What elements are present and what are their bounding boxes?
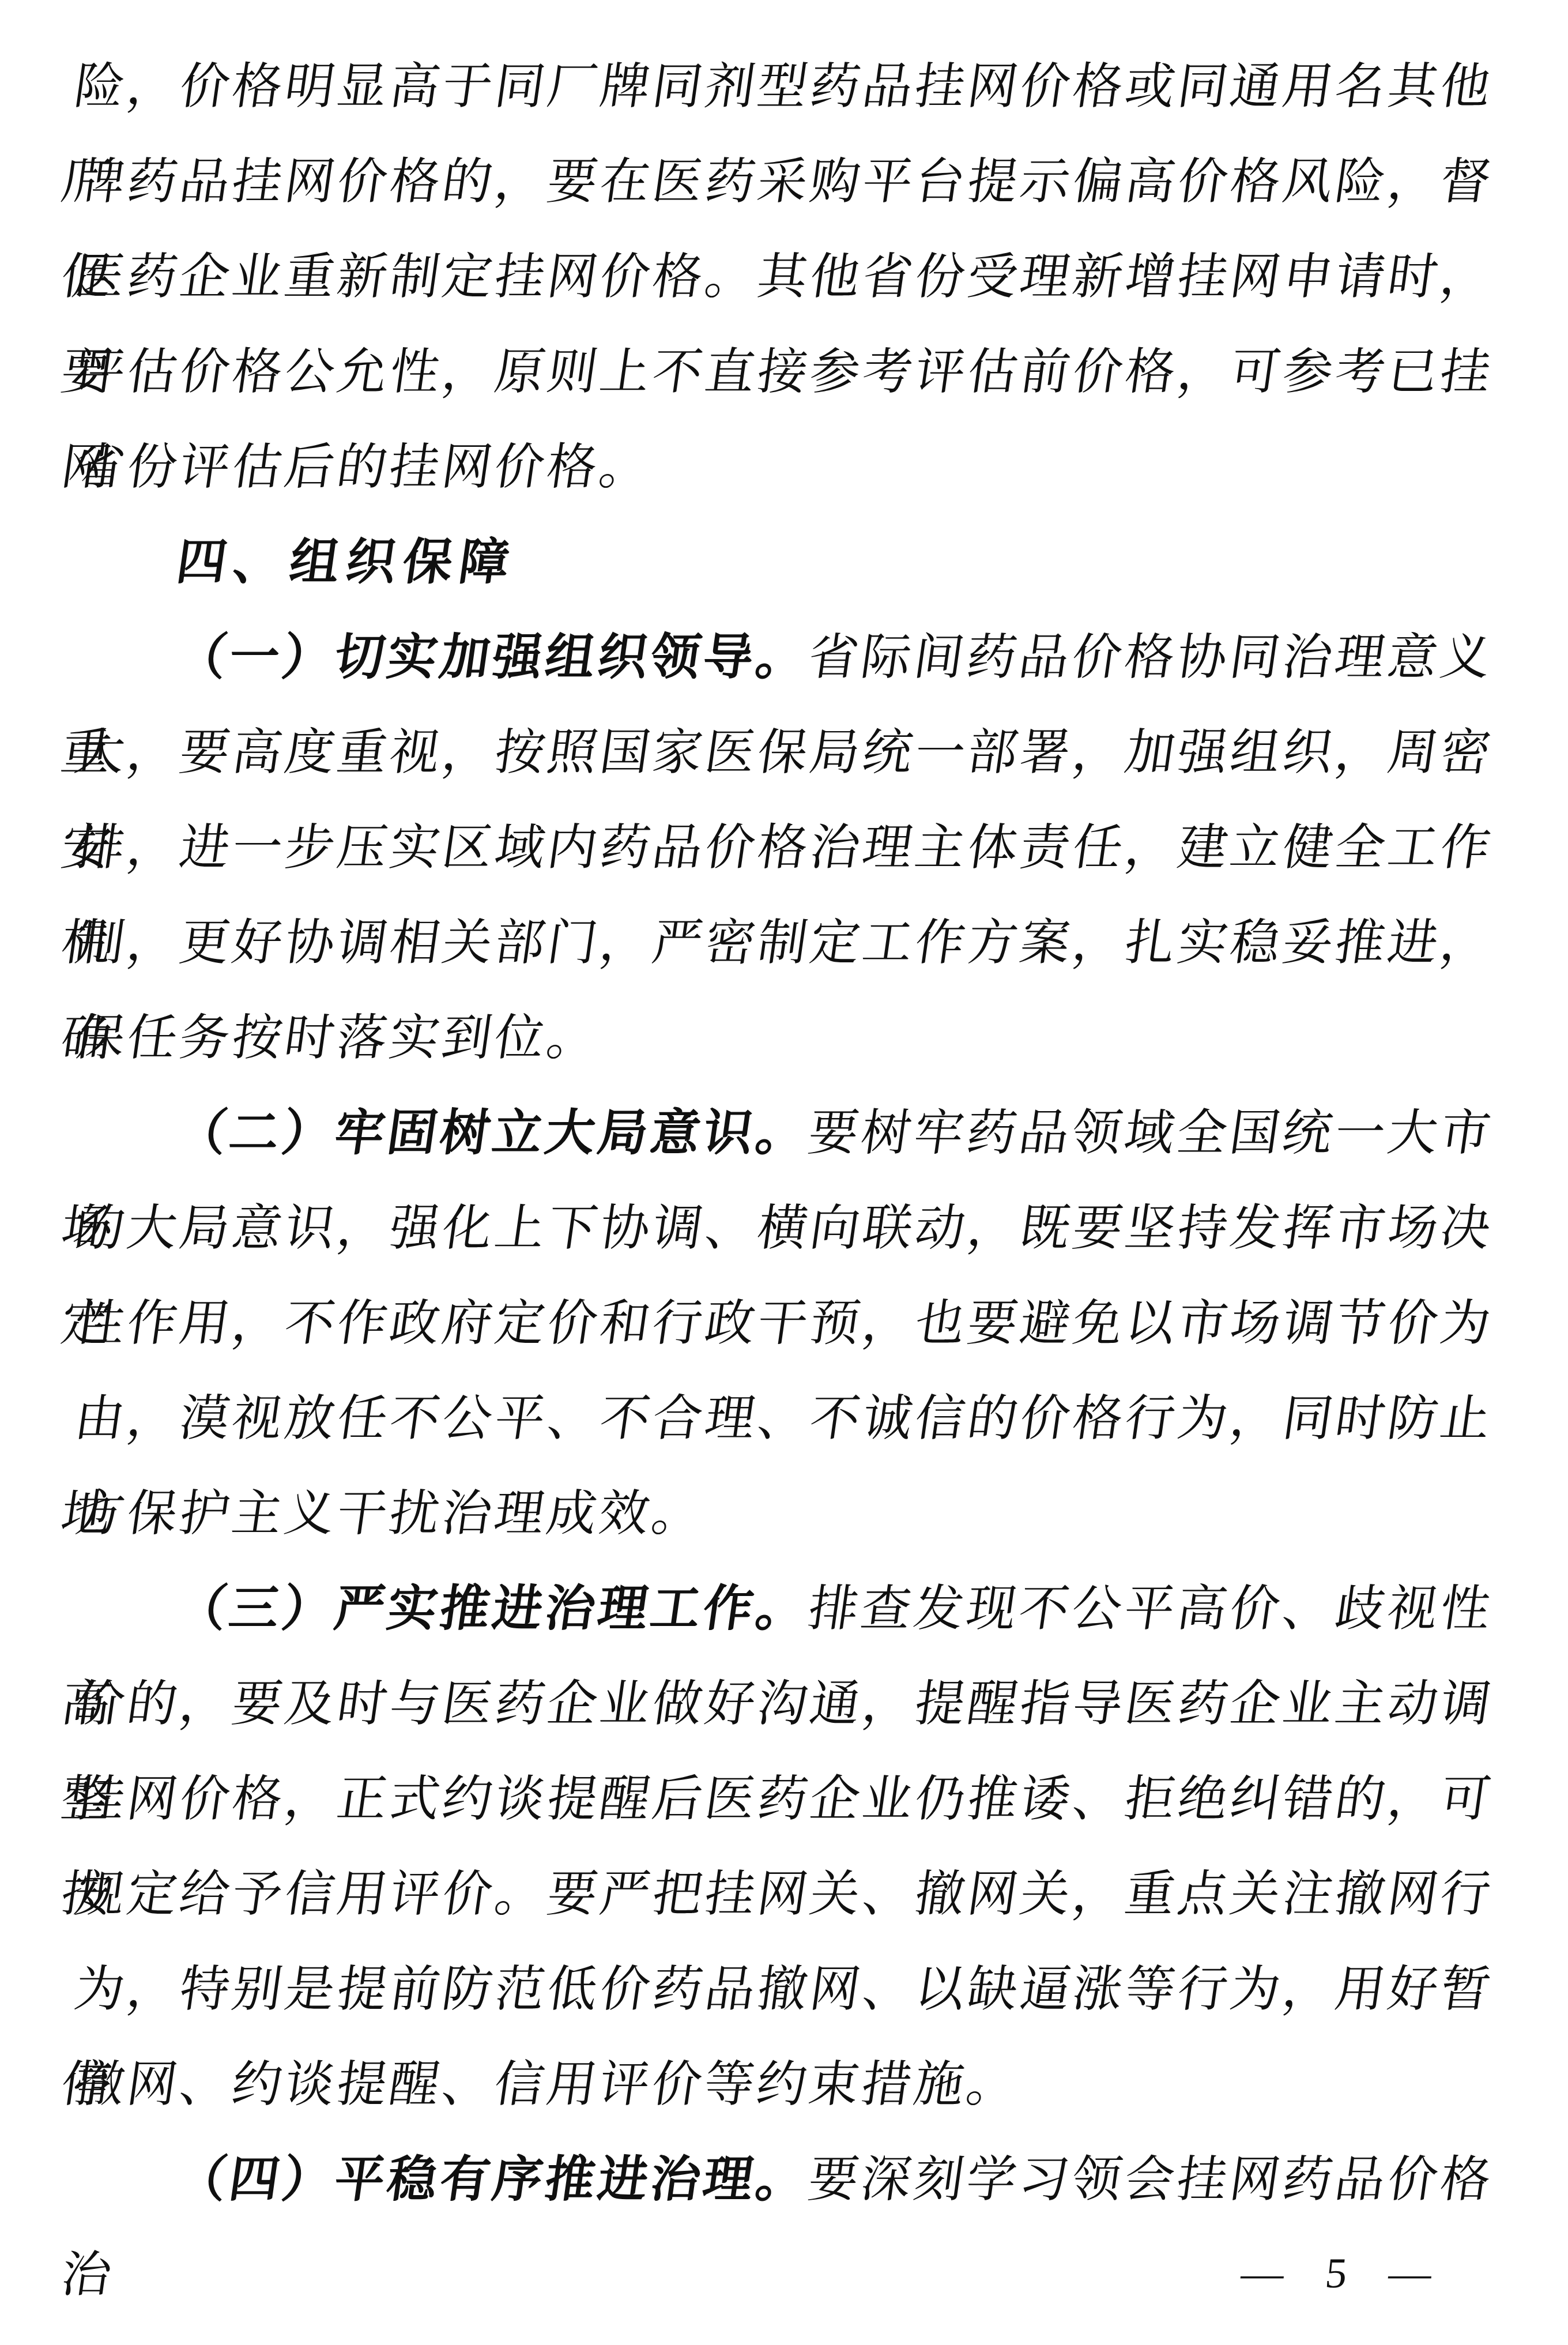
paragraph-lead: （四）平稳有序推进治理。 [173,2152,812,2207]
text-line: 价的，要及时与医药企业做好沟通，提醒指导医药企业主动调整 [68,1657,1499,1752]
text-run: 性作用，不作政府定价和行政干预，也要避免以市场调节价为 [71,1296,1497,1351]
paragraph-lead: （二）牢固树立大局意识。 [173,1105,812,1161]
text-line: 牌药品挂网价格的，要在医药采购平台提示偏高价格风险，督促 [68,134,1499,229]
text-line: 由，漠视放任不公平、不合理、不诚信的价格行为，同时防止地 [68,1371,1499,1466]
page-number: — 5 — [1238,2248,1442,2299]
text-line: 挂网价格，正式约谈提醒后医药企业仍推诿、拒绝纠错的，可按 [68,1752,1499,1847]
paragraph-lead: 四、组织保障 [173,535,519,590]
text-run: 撤网、约谈提醒、信用评价等约束措施。 [71,2057,1023,2112]
text-run: 省份评估后的挂网价格。 [71,439,655,495]
document-page: 险，价格明显高于同厂牌同剂型药品挂网价格或同通用名其他厂牌药品挂网价格的，要在医… [0,0,1568,2345]
section-heading: 四、组织保障 [68,515,1499,610]
text-line: 方保护主义干扰治理成效。 [68,1466,1499,1561]
text-run: 规定给予信用评价。要严把挂网关、撤网关，重点关注撤网行 [71,1866,1497,1922]
text-line: 制，更好协调相关部门，严密制定工作方案，扎实稳妥推进，确 [68,895,1499,991]
text-line: 排，进一步压实区域内药品价格治理主体责任，建立健全工作机 [68,800,1499,895]
text-line: 的大局意识，强化上下协调、横向联动，既要坚持发挥市场决定 [68,1181,1499,1276]
text-line: 性作用，不作政府定价和行政干预，也要避免以市场调节价为 [68,1276,1499,1371]
text-line: 医药企业重新制定挂网价格。其他省份受理新增挂网申请时，要 [68,229,1499,325]
text-line: 撤网、约谈提醒、信用评价等约束措施。 [68,2037,1499,2132]
text-line: （四）平稳有序推进治理。要深刻学习领会挂网药品价格治 [68,2132,1499,2227]
text-line: 为，特别是提前防范低价药品撤网、以缺逼涨等行为，用好暂停 [68,1942,1499,2037]
paragraph-lead: （一）切实加强组织领导。 [173,630,812,685]
text-line: 险，价格明显高于同厂牌同剂型药品挂网价格或同通用名其他厂 [68,39,1499,134]
paragraph-lead: （三）严实推进治理工作。 [173,1581,812,1636]
text-run: 方保护主义干扰治理成效。 [71,1486,708,1541]
text-line: （二）牢固树立大局意识。要树牢药品领域全国统一大市场 [68,1086,1499,1181]
text-line: 规定给予信用评价。要严把挂网关、撤网关，重点关注撤网行 [68,1847,1499,1942]
document-body: 险，价格明显高于同厂牌同剂型药品挂网价格或同通用名其他厂牌药品挂网价格的，要在医… [75,39,1493,2227]
text-line: （三）严实推进治理工作。排查发现不公平高价、歧视性高 [68,1561,1499,1657]
text-line: 省份评估后的挂网价格。 [68,420,1499,515]
text-line: 评估价格公允性，原则上不直接参考评估前价格，可参考已挂网 [68,325,1499,420]
text-line: （一）切实加强组织领导。省际间药品价格协同治理意义重 [68,610,1499,705]
text-line: 大，要高度重视，按照国家医保局统一部署，加强组织，周密安 [68,705,1499,800]
text-run: 保任务按时落实到位。 [71,1010,603,1066]
text-line: 保任务按时落实到位。 [68,991,1499,1086]
